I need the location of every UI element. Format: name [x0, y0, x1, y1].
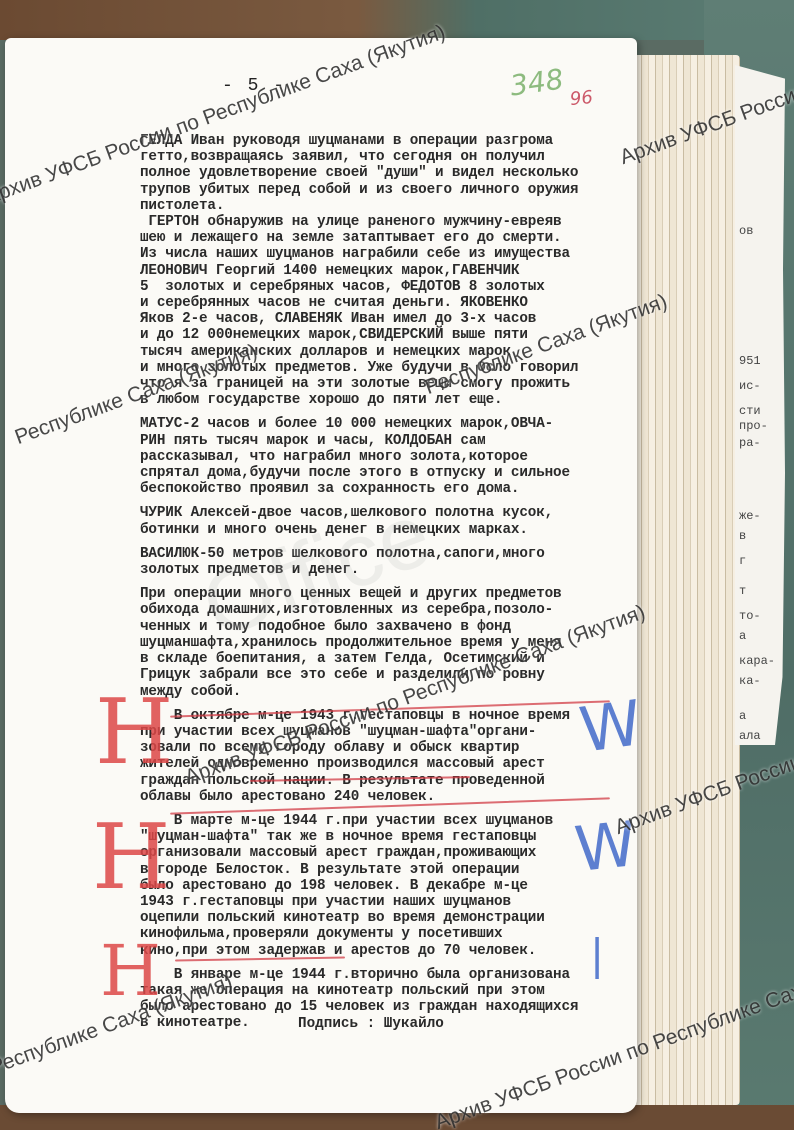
text-line: и серебрянных часов не считая деньги. ЯК…: [140, 295, 630, 311]
text-line: трупов убитых перед собой и из своего ли…: [140, 182, 630, 198]
text-line: полное удовлетворение своей "души" и вид…: [140, 165, 630, 181]
side-sheet-text: ов: [739, 225, 753, 237]
text-line: в городе Белосток. В результате этой опе…: [140, 862, 630, 878]
text-line: МАТУС-2 часов и более 10 000 немецких ма…: [140, 416, 630, 432]
text-line: спрятал дома,будучи после этого в отпуск…: [140, 465, 630, 481]
text-line: рассказывал, что награбил много золота,к…: [140, 449, 630, 465]
side-sheet-text: про-: [739, 420, 768, 432]
text-line: организовали массовый арест граждан,прож…: [140, 845, 630, 861]
side-sheet-text: г: [739, 555, 746, 567]
text-line: Грицук забрали все это себе и разделили …: [140, 667, 630, 683]
text-line: оцепили польский кинотеатр во время демо…: [140, 910, 630, 926]
side-sheet-text: ала: [739, 730, 761, 742]
side-sheet-text: ка-: [739, 675, 761, 687]
side-sheet-text: то-: [739, 610, 761, 622]
side-sheet-text: а: [739, 710, 746, 722]
side-sheet: ов951ис-стипро-ра-же-вгтто-акара-ка-аала: [735, 65, 785, 745]
text-line: "шуцман-шафта" так же в ночное время гес…: [140, 829, 630, 845]
archive-sheet-number-secondary: 96: [569, 87, 594, 110]
text-line: ГЕРТОН обнаружив на улице раненого мужчи…: [140, 214, 630, 230]
side-sheet-text: в: [739, 530, 746, 542]
text-line: было арестовано до 198 человек. В декабр…: [140, 878, 630, 894]
red-pen-mark: H: [95, 680, 174, 785]
text-line: кино,при этом задержав и арестов до 70 ч…: [140, 943, 630, 959]
text-line: при участии всех шуцманов "шуцман-шафта"…: [140, 724, 630, 740]
text-line: В марте м-це 1944 г.при участии всех шуц…: [140, 813, 630, 829]
text-line: РИН пять тысяч марок и часы, КОЛДОБАН са…: [140, 433, 630, 449]
text-line: 5 золотых и серебряных часов, ФЕДОТОВ 8 …: [140, 279, 630, 295]
text-line: 1943 г.гестаповцы при участии наших шуцм…: [140, 894, 630, 910]
text-line: Яков 2-е часов, СЛАВЕНЯК Иван имел до 3-…: [140, 311, 630, 327]
text-line: зовали по всему городу облаву и обыск кв…: [140, 740, 630, 756]
side-sheet-text: 951: [739, 355, 761, 367]
side-sheet-text: сти: [739, 405, 761, 417]
text-line: шею и лежащего на земле затаптывает его …: [140, 230, 630, 246]
background-desk: [0, 0, 794, 40]
signature-line: Подпись : Шукайло: [298, 1016, 444, 1032]
side-sheet-text: ис-: [739, 380, 761, 392]
blue-pen-mark: |: [590, 930, 604, 979]
side-sheet-text: а: [739, 630, 746, 642]
text-line: гетто,возвращаясь заявил, что сегодня он…: [140, 149, 630, 165]
side-sheet-text: т: [739, 585, 746, 597]
side-sheet-text: же-: [739, 510, 761, 522]
side-sheet-text: кара-: [739, 655, 775, 667]
text-line: Из числа наших шуцманов награбили себе и…: [140, 246, 630, 262]
text-line: кинофильма,проверяли документы у посетив…: [140, 926, 630, 942]
text-line: облавы было арестовано 240 человек.: [140, 789, 630, 805]
text-line: пистолета.: [140, 198, 630, 214]
text-line: было арестовано до 15 человек из граждан…: [140, 999, 630, 1015]
text-line: ГЕЛДА Иван руководя шуцманами в операции…: [140, 133, 630, 149]
red-pen-mark: H: [92, 805, 171, 910]
blue-pen-mark: W: [575, 686, 646, 767]
text-line: ЛЕОНОВИЧ Георгий 1400 немецких марок,ГАВ…: [140, 263, 630, 279]
text-line: в любом государстве хорошо до пяти лет е…: [140, 392, 630, 408]
side-sheet-text: ра-: [739, 437, 761, 449]
